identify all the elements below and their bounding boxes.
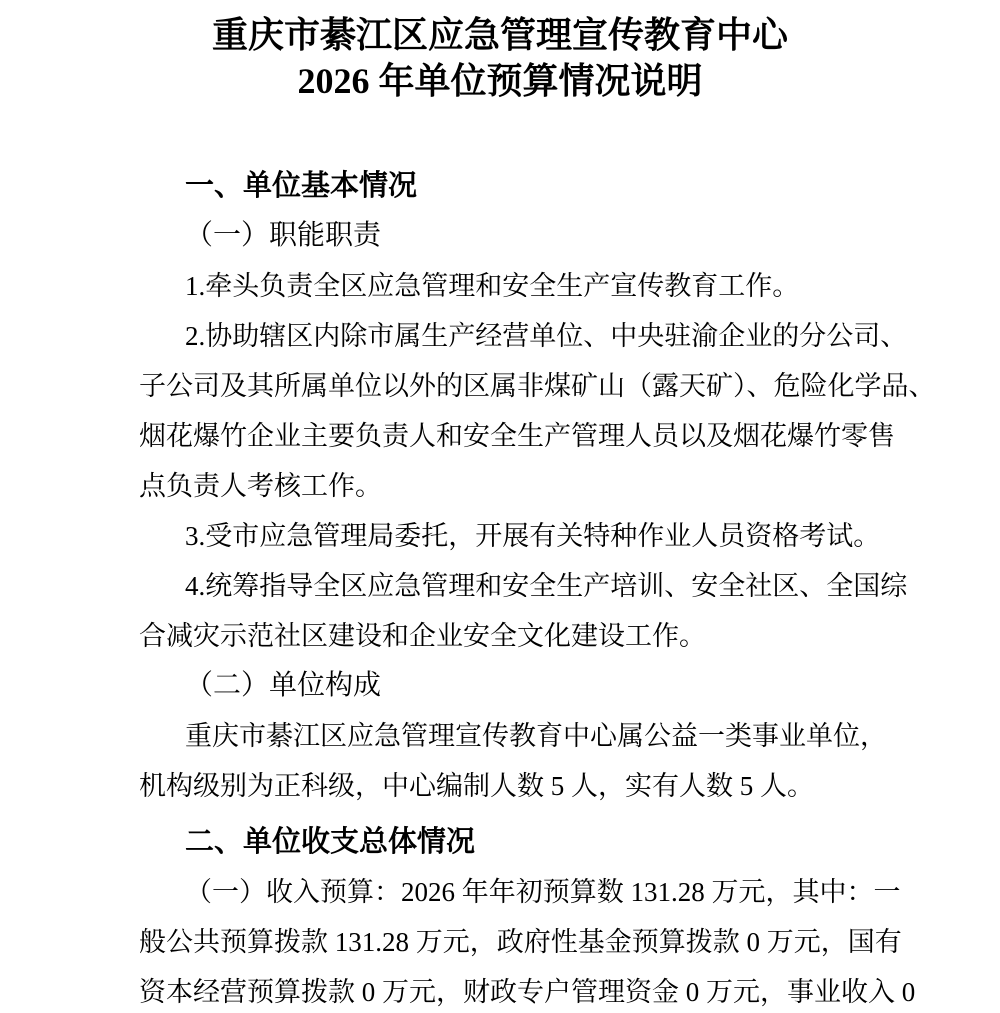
document-title-line-2: 2026 年单位预算情况说明 xyxy=(0,58,1000,104)
body-line: 4.统筹指导全区应急管理和安全生产培训、安全社区、全国综 xyxy=(139,561,890,611)
body-line: 机构级别为正科级，中心编制人数 5 人，实有人数 5 人。 xyxy=(139,761,890,811)
body-line: 般公共预算拨款 131.28 万元，政府性基金预算拨款 0 万元，国有 xyxy=(139,917,890,967)
body-line: 2.协助辖区内除市属生产经营单位、中央驻渝企业的分公司、 xyxy=(139,311,890,361)
body-line: 子公司及其所属单位以外的区属非煤矿山（露天矿）、危险化学品、 xyxy=(139,361,890,411)
body-line: （一）收入预算：2026 年年初预算数 131.28 万元，其中：一 xyxy=(139,867,890,917)
document-body: 一、单位基本情况（一）职能职责1.牵头负责全区应急管理和安全生产宣传教育工作。2… xyxy=(139,155,890,1013)
body-line: 3.受市应急管理局委托，开展有关特种作业人员资格考试。 xyxy=(139,511,890,561)
body-line: 重庆市綦江区应急管理宣传教育中心属公益一类事业单位， xyxy=(139,711,890,761)
subsection-heading: （一）职能职责 xyxy=(139,211,890,261)
section-heading: 二、单位收支总体情况 xyxy=(139,817,890,867)
section-heading: 一、单位基本情况 xyxy=(139,161,890,211)
body-line: 1.牵头负责全区应急管理和安全生产宣传教育工作。 xyxy=(139,261,890,311)
body-line: 烟花爆竹企业主要负责人和安全生产管理人员以及烟花爆竹零售 xyxy=(139,411,890,461)
document-title-line-1: 重庆市綦江区应急管理宣传教育中心 xyxy=(0,12,1000,58)
subsection-heading: （二）单位构成 xyxy=(139,661,890,711)
document-title: 重庆市綦江区应急管理宣传教育中心 2026 年单位预算情况说明 xyxy=(0,12,1000,104)
body-line: 点负责人考核工作。 xyxy=(139,461,890,511)
document-page: 重庆市綦江区应急管理宣传教育中心 2026 年单位预算情况说明 一、单位基本情况… xyxy=(0,0,1000,1013)
body-line: 资本经营预算拨款 0 万元，财政专户管理资金 0 万元，事业收入 0 xyxy=(139,967,890,1013)
body-line: 合减灾示范社区建设和企业安全文化建设工作。 xyxy=(139,611,890,661)
